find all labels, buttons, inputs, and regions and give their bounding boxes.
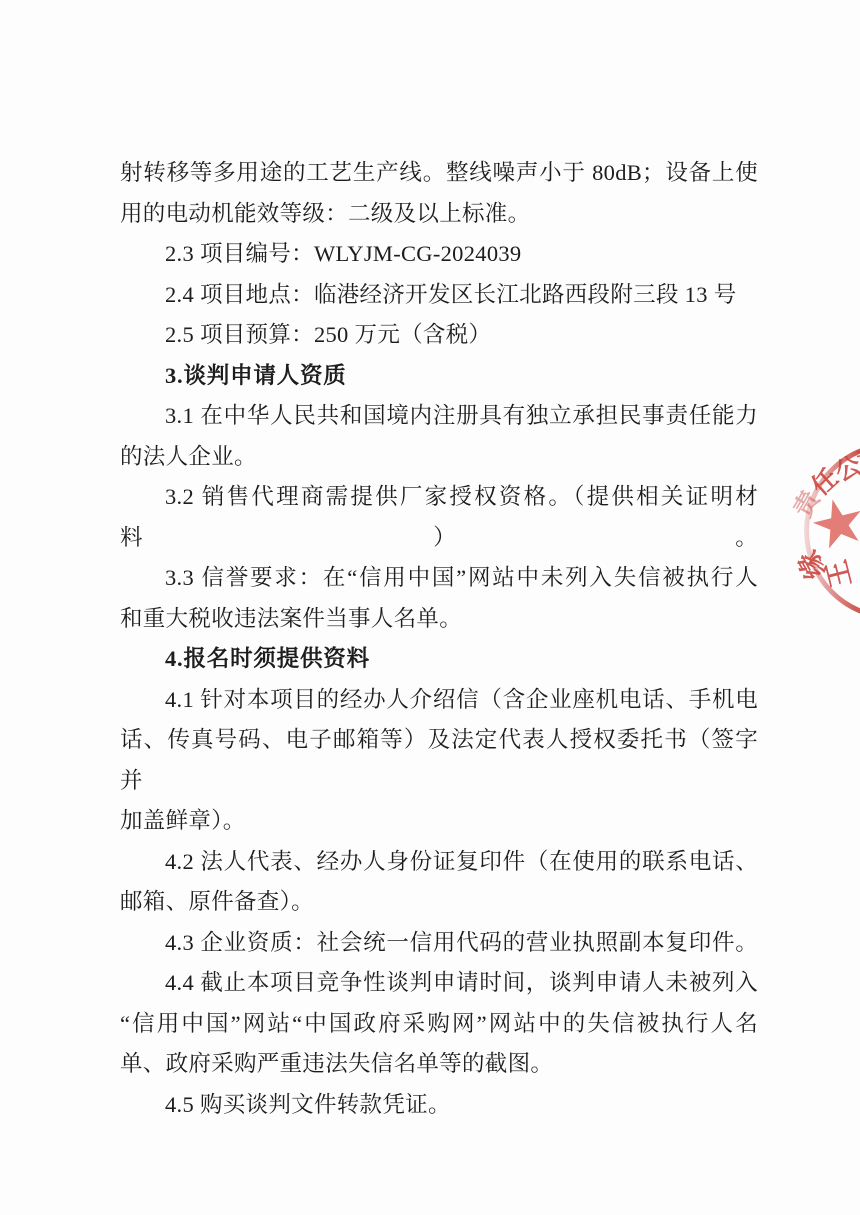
doc-line: 加盖鲜章）。 (120, 801, 758, 842)
doc-line: 射转移等多用途的工艺生产线。整线噪声小于 80dB；设备上使 (120, 153, 758, 194)
doc-line: “信用中国”网站“中国政府采购网”网站中的失信被执行人名 (120, 1004, 758, 1045)
doc-line: 用的电动机能效等级：二级及以上标准。 (120, 194, 758, 235)
doc-line: 4.1 针对本项目的经办人介绍信（含企业座机电话、手机电 (120, 680, 758, 721)
doc-line: 和重大税收违法案件当事人名单。 (120, 599, 758, 640)
seal-arc-character: 王 (823, 557, 856, 590)
doc-line: 2.5 项目预算：250 万元（含税） (120, 315, 758, 356)
doc-line: 4.5 购买谈判文件转款凭证。 (120, 1085, 758, 1126)
seal-ring (804, 442, 860, 620)
seal-arc-character: 司 (855, 447, 860, 477)
document-page: 射转移等多用途的工艺生产线。整线噪声小于 80dB；设备上使 用的电动机能效等级… (0, 0, 860, 1215)
doc-heading: 4.报名时须提供资料 (120, 639, 758, 680)
doc-line: 话、传真号码、电子邮箱等）及法定代表人授权委托书（签字并 (120, 720, 758, 801)
seal-arc-character: 缘 (794, 546, 831, 583)
doc-line: 3.1 在中华人民共和国境内注册具有独立承担民事责任能力 (120, 396, 758, 437)
doc-line: 4.4 截止本项目竞争性谈判申请时间，谈判申请人未被列入 (120, 963, 758, 1004)
doc-line: 单、政府采购严重违法失信名单等的截图。 (120, 1044, 758, 1085)
doc-line: 邮箱、原件备查）。 (120, 882, 758, 923)
seal-arc-character: 公 (832, 453, 860, 486)
seal-arc-character: 任 (808, 465, 843, 500)
seal-arc-character: 责 (790, 487, 824, 521)
seal-star-icon: ★ (803, 486, 860, 562)
doc-line: 的法人企业。 (120, 437, 758, 478)
document-text: 射转移等多用途的工艺生产线。整线噪声小于 80dB；设备上使 用的电动机能效等级… (120, 153, 758, 1125)
doc-line: 4.2 法人代表、经办人身份证复印件（在使用的联系电话、 (120, 842, 758, 883)
doc-line: 3.3 信誉要求：在“信用中国”网站中未列入失信被执行人 (120, 558, 758, 599)
doc-line: 2.3 项目编号：WLYJM-CG-2024039 (120, 234, 758, 275)
doc-line: 2.4 项目地点：临港经济开发区长江北路西段附三段 13 号 (120, 275, 758, 316)
doc-line: 3.2 销售代理商需提供厂家授权资格。（提供相关证明材料）。 (120, 477, 758, 558)
doc-line: 4.3 企业资质：社会统一信用代码的营业执照副本复印件。 (120, 923, 758, 964)
doc-heading: 3.谈判申请人资质 (120, 356, 758, 397)
